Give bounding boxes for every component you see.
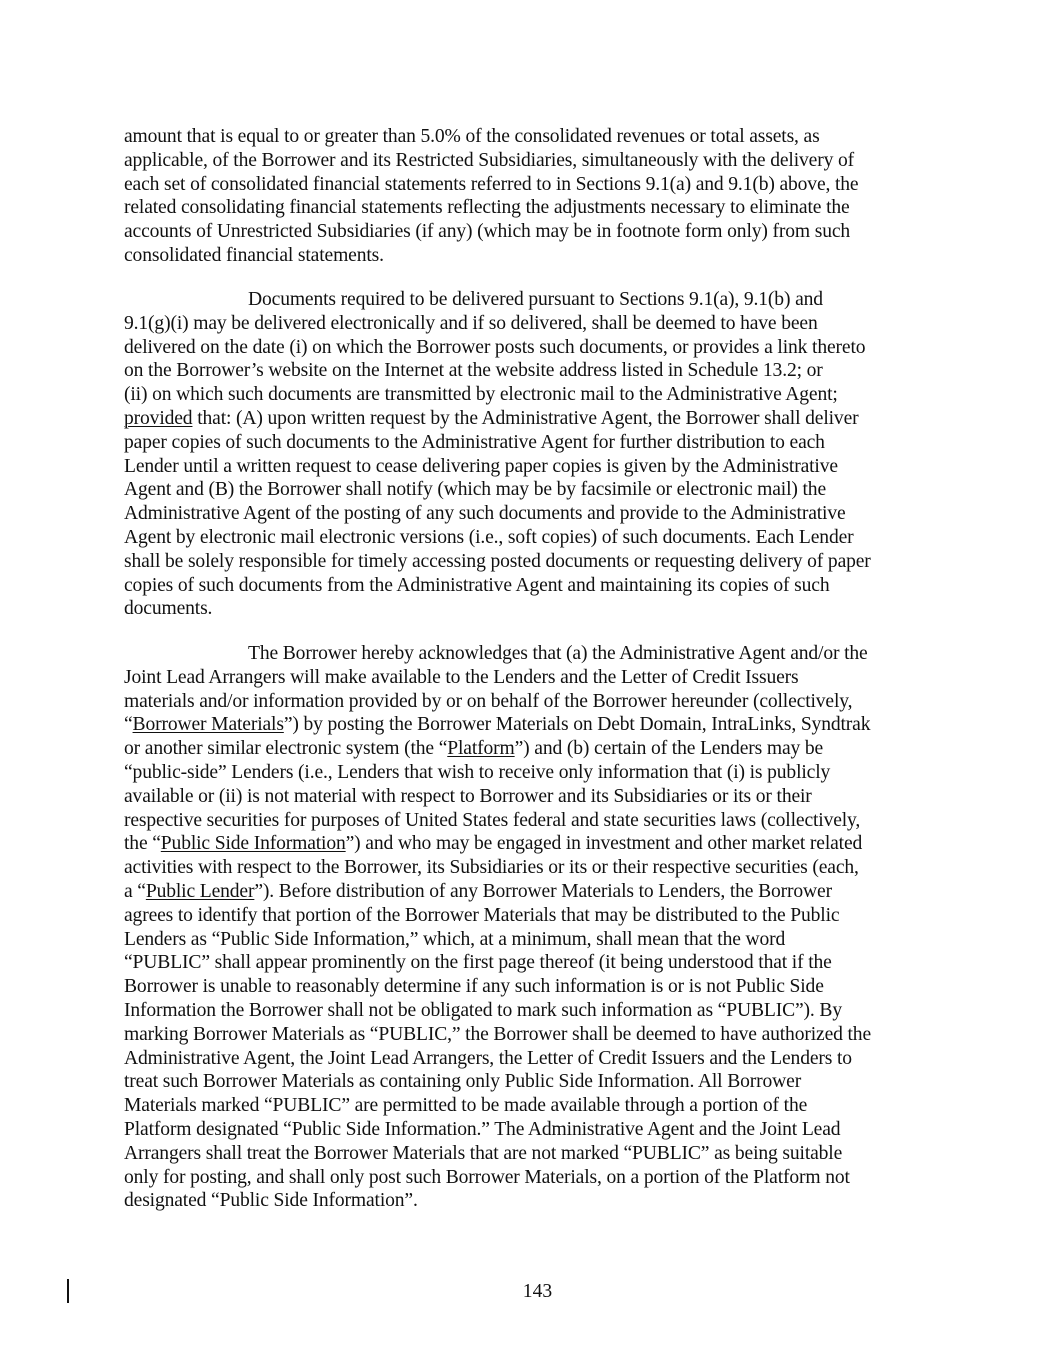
text-run: Arrangers shall treat the Borrower Mater… <box>124 1143 842 1164</box>
defined-term: provided <box>124 408 192 429</box>
text-line: Joint Lead Arrangers will make available… <box>124 666 924 690</box>
defined-term: Public Lender <box>146 881 255 902</box>
text-line: Borrower is unable to reasonably determi… <box>124 975 924 999</box>
text-line: marking Borrower Materials as “PUBLIC,” … <box>124 1023 924 1047</box>
text-run: ”) and (b) certain of the Lenders may be <box>515 738 823 759</box>
text-run: Materials marked “PUBLIC” are permitted … <box>124 1095 807 1116</box>
text-line: Arrangers shall treat the Borrower Mater… <box>124 1142 924 1166</box>
text-line: or another similar electronic system (th… <box>124 737 924 761</box>
text-run: Borrower is unable to reasonably determi… <box>124 976 824 997</box>
paragraph-borrower-materials: The Borrower hereby acknowledges that (a… <box>124 642 924 1213</box>
text-run: Agent and (B) the Borrower shall notify … <box>124 479 826 500</box>
text-run: Administrative Agent, the Joint Lead Arr… <box>124 1048 852 1069</box>
text-line: activities with respect to the Borrower,… <box>124 856 924 880</box>
text-run: activities with respect to the Borrower,… <box>124 857 859 878</box>
text-run: designated “Public Side Information”. <box>124 1190 418 1211</box>
text-run: Lender until a written request to cease … <box>124 456 838 477</box>
text-run: Joint Lead Arrangers will make available… <box>124 667 799 688</box>
text-line: Lender until a written request to cease … <box>124 455 924 479</box>
text-run: “ <box>124 714 133 735</box>
text-line: designated “Public Side Information”. <box>124 1189 924 1213</box>
text-line: provided that: (A) upon written request … <box>124 407 924 431</box>
text-line: Administrative Agent of the posting of a… <box>124 502 924 526</box>
text-run: Documents required to be delivered pursu… <box>248 289 823 310</box>
text-line: “Borrower Materials”) by posting the Bor… <box>124 713 924 737</box>
paragraph-consolidating-statements: amount that is equal to or greater than … <box>124 125 924 268</box>
text-run: ”). Before distribution of any Borrower … <box>254 881 832 902</box>
text-run: Platform designated “Public Side Informa… <box>124 1119 840 1140</box>
text-run: available or (ii) is not material with r… <box>124 786 812 807</box>
text-line: (ii) on which such documents are transmi… <box>124 383 924 407</box>
text-run: consolidated financial statements. <box>124 245 384 266</box>
text-line: copies of such documents from the Admini… <box>124 574 924 598</box>
text-line: consolidated financial statements. <box>124 244 924 268</box>
text-run: The Borrower hereby acknowledges that (a… <box>248 643 868 664</box>
text-run: Information the Borrower shall not be ob… <box>124 1000 842 1021</box>
text-run: (ii) on which such documents are transmi… <box>124 384 838 405</box>
text-line: shall be solely responsible for timely a… <box>124 550 924 574</box>
text-run: each set of consolidated financial state… <box>124 174 858 195</box>
text-line: agrees to identify that portion of the B… <box>124 904 924 928</box>
text-line: 9.1(g)(i) may be delivered electronicall… <box>124 312 924 336</box>
text-line: delivered on the date (i) on which the B… <box>124 336 924 360</box>
text-line: related consolidating financial statemen… <box>124 196 924 220</box>
document-page: amount that is equal to or greater than … <box>0 0 1055 1365</box>
text-line: Lenders as “Public Side Information,” wh… <box>124 928 924 952</box>
text-run: marking Borrower Materials as “PUBLIC,” … <box>124 1024 871 1045</box>
paragraph-electronic-delivery: Documents required to be delivered pursu… <box>124 288 924 621</box>
text-run: related consolidating financial statemen… <box>124 197 850 218</box>
text-run: delivered on the date (i) on which the B… <box>124 337 865 358</box>
text-run: shall be solely responsible for timely a… <box>124 551 871 572</box>
text-line: amount that is equal to or greater than … <box>124 125 924 149</box>
text-run: ”) by posting the Borrower Materials on … <box>284 714 871 735</box>
text-line: each set of consolidated financial state… <box>124 173 924 197</box>
text-run: on the Borrower’s website on the Interne… <box>124 360 823 381</box>
text-run: ”) and who may be engaged in investment … <box>346 833 863 854</box>
text-run: only for posting, and shall only post su… <box>124 1167 850 1188</box>
text-line: applicable, of the Borrower and its Rest… <box>124 149 924 173</box>
text-run: paper copies of such documents to the Ad… <box>124 432 825 453</box>
text-run: accounts of Unrestricted Subsidiaries (i… <box>124 221 850 242</box>
text-line: Platform designated “Public Side Informa… <box>124 1118 924 1142</box>
text-line: documents. <box>124 597 924 621</box>
text-run: 9.1(g)(i) may be delivered electronicall… <box>124 313 818 334</box>
page-number: 143 <box>0 1280 1055 1304</box>
text-run: copies of such documents from the Admini… <box>124 575 830 596</box>
text-run: a “ <box>124 881 146 902</box>
text-run: materials and/or information provided by… <box>124 691 852 712</box>
text-run: agrees to identify that portion of the B… <box>124 905 839 926</box>
text-line: Agent and (B) the Borrower shall notify … <box>124 478 924 502</box>
text-line: respective securities for purposes of Un… <box>124 809 924 833</box>
text-line: “PUBLIC” shall appear prominently on the… <box>124 951 924 975</box>
text-line: Agent by electronic mail electronic vers… <box>124 526 924 550</box>
text-line: materials and/or information provided by… <box>124 690 924 714</box>
text-run: “public-side” Lenders (i.e., Lenders tha… <box>124 762 830 783</box>
text-run: Administrative Agent of the posting of a… <box>124 503 846 524</box>
text-line: on the Borrower’s website on the Interne… <box>124 359 924 383</box>
text-line: Administrative Agent, the Joint Lead Arr… <box>124 1047 924 1071</box>
text-run: “PUBLIC” shall appear prominently on the… <box>124 952 832 973</box>
text-run: treat such Borrower Materials as contain… <box>124 1071 801 1092</box>
text-line: accounts of Unrestricted Subsidiaries (i… <box>124 220 924 244</box>
text-line: available or (ii) is not material with r… <box>124 785 924 809</box>
text-line: a “Public Lender”). Before distribution … <box>124 880 924 904</box>
defined-term: Borrower Materials <box>133 714 284 735</box>
text-run: respective securities for purposes of Un… <box>124 810 860 831</box>
text-line: treat such Borrower Materials as contain… <box>124 1070 924 1094</box>
text-run: Lenders as “Public Side Information,” wh… <box>124 929 785 950</box>
text-line: “public-side” Lenders (i.e., Lenders tha… <box>124 761 924 785</box>
text-line: Information the Borrower shall not be ob… <box>124 999 924 1023</box>
text-line: only for posting, and shall only post su… <box>124 1166 924 1190</box>
text-line: The Borrower hereby acknowledges that (a… <box>124 642 924 666</box>
text-run: or another similar electronic system (th… <box>124 738 447 759</box>
text-line: Documents required to be delivered pursu… <box>124 288 924 312</box>
text-run: that: (A) upon written request by the Ad… <box>192 408 858 429</box>
text-run: applicable, of the Borrower and its Rest… <box>124 150 854 171</box>
text-line: paper copies of such documents to the Ad… <box>124 431 924 455</box>
text-line: the “Public Side Information”) and who m… <box>124 832 924 856</box>
text-run: documents. <box>124 598 212 619</box>
text-run: amount that is equal to or greater than … <box>124 126 820 147</box>
defined-term: Platform <box>447 738 514 759</box>
text-line: Materials marked “PUBLIC” are permitted … <box>124 1094 924 1118</box>
text-run: the “ <box>124 833 161 854</box>
defined-term: Public Side Information <box>161 833 346 854</box>
text-run: Agent by electronic mail electronic vers… <box>124 527 854 548</box>
